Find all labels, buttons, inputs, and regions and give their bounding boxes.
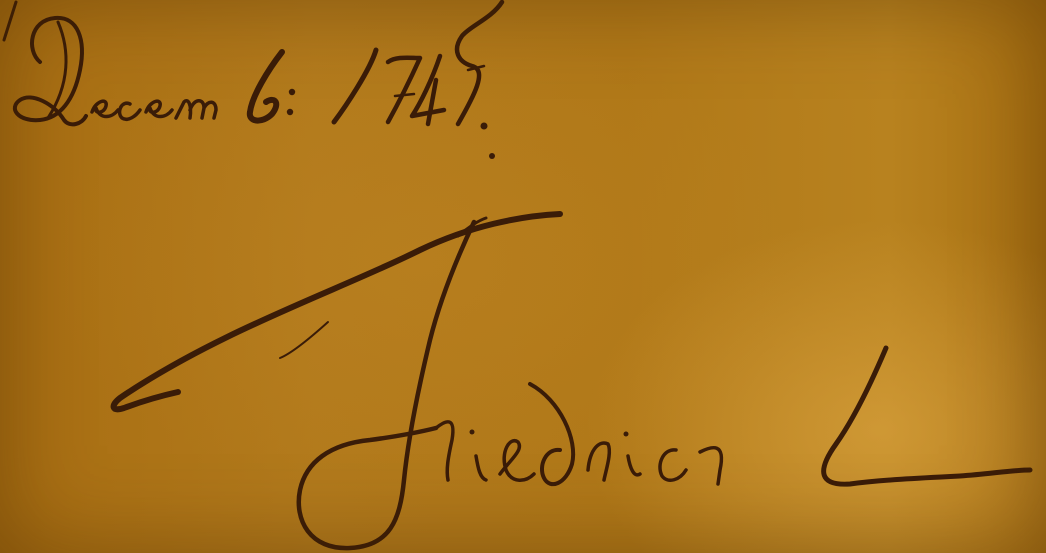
date-line: [4, 2, 502, 159]
signature-friedrich: [114, 214, 1030, 548]
manuscript-photo: Decemb: 1741 Friedrich: [0, 0, 1046, 553]
handwriting-ink: [0, 0, 1046, 553]
